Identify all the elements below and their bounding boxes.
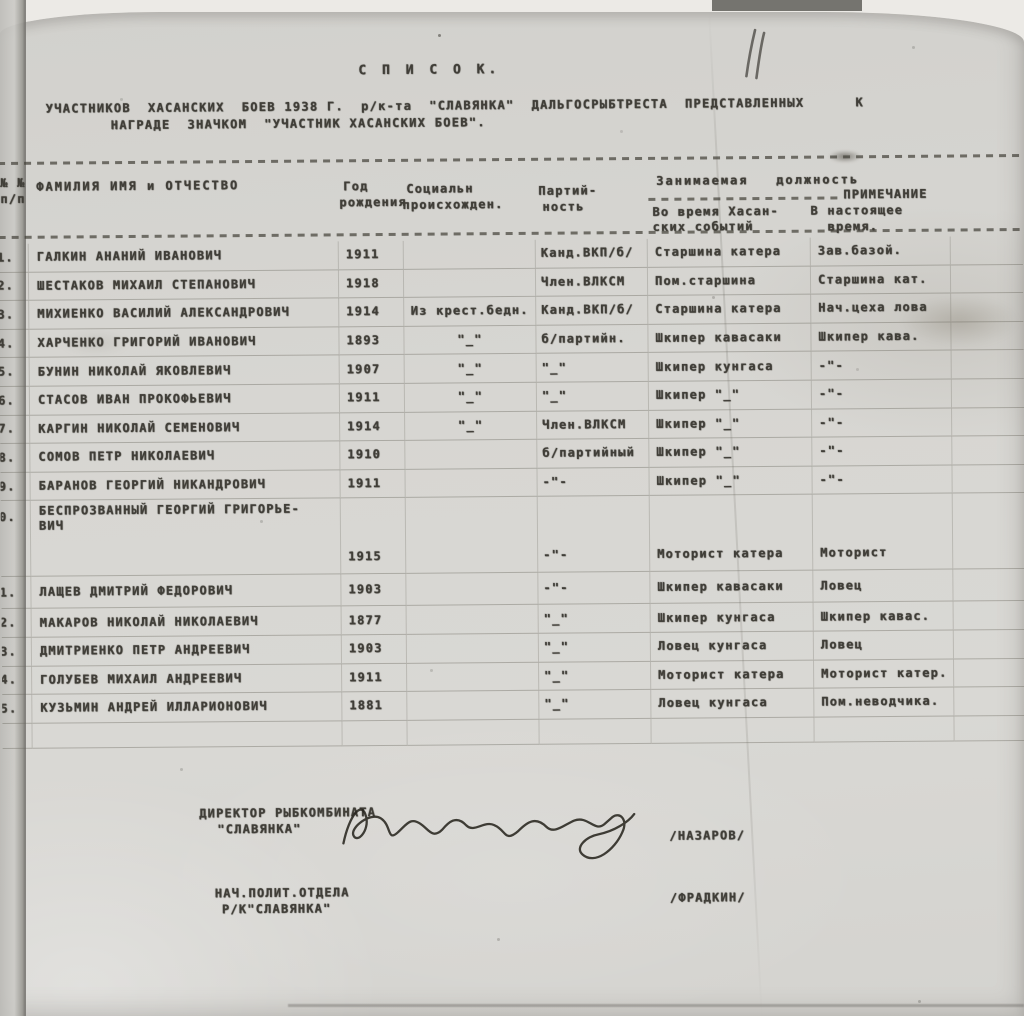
- now-value: -"-: [819, 387, 844, 402]
- header-party-line1: Партий-: [538, 183, 597, 198]
- during-value: Старшина катера: [655, 244, 781, 260]
- now-value: -"-: [819, 444, 844, 459]
- paper-speck: [180, 768, 183, 771]
- cell-party-row-10: -"-: [538, 496, 651, 573]
- document-subtitle-line2: НАГРАДЕ ЗНАЧКОМ "УЧАСТНИК ХАСАНСКИХ БОЕВ…: [111, 115, 486, 133]
- year-value: 1911: [347, 390, 381, 405]
- cell-social-row-1: [404, 240, 536, 270]
- num-value: 3.: [0, 307, 14, 322]
- during-value: Шкипер "_": [656, 445, 740, 461]
- signature2-title-line1: НАЧ.ПОЛИТ.ОТДЕЛА: [215, 885, 350, 901]
- cell-note-row-9: [952, 465, 1024, 494]
- party-value: б/партийн.: [541, 331, 625, 347]
- during-value: Ловец кунгаса: [658, 695, 768, 711]
- cell-now-row-8: -"-: [812, 437, 952, 467]
- cell-social-row-4: "_": [404, 326, 536, 356]
- during-value: Шкипер кунгаса: [658, 610, 776, 626]
- year-value: 1903: [348, 582, 382, 597]
- num-value: 5.: [0, 365, 15, 380]
- num-value: 6.: [0, 393, 15, 408]
- cell-now-row-3: Нач.цеха лова: [811, 294, 951, 324]
- cell-year-row-1: 1911: [339, 241, 404, 270]
- header-social-line2: происхожден.: [402, 197, 503, 213]
- cell-party-row-6: "_": [537, 382, 649, 411]
- year-value: 1877: [349, 613, 383, 628]
- document-content: С П И С О К. УЧАСТНИКОВ ХАСАНСКИХ БОЕВ 1…: [0, 0, 1024, 1016]
- cell-note-row-14: [954, 659, 1024, 688]
- cell-year-row-2: 1918: [339, 269, 404, 298]
- cell-num-row-3: 3.: [0, 301, 29, 330]
- cell-now-row-14: Моторист катер.: [814, 659, 954, 689]
- cell-during-row-14: Моторист катера: [651, 660, 814, 690]
- party-value: "_": [544, 668, 569, 683]
- name-value: СОМОВ ПЕТР НИКОЛАЕВИЧ: [38, 449, 215, 465]
- cell-party-row-4: б/партийн.: [536, 325, 648, 354]
- cell-during-row-4: Шкипер кавасаки: [648, 323, 811, 353]
- cell-num-row-4: 4.: [0, 330, 30, 359]
- during-value: Шкипер кавасаки: [657, 579, 783, 595]
- cell-name-row-2: ШЕСТАКОВ МИХАИЛ СТЕПАНОВИЧ: [29, 270, 339, 301]
- cell-year-row-12: 1877: [342, 606, 407, 635]
- cell-party-row-13: "_": [539, 633, 651, 662]
- now-value: Моторист: [820, 545, 888, 561]
- year-value: 1915: [348, 549, 382, 564]
- cell-party-row-3: Канд.ВКП/б/: [536, 296, 648, 325]
- header-social-line1: Социальн: [406, 181, 474, 197]
- party-value: "_": [542, 389, 567, 404]
- cell-social-row-7: "_": [405, 411, 537, 441]
- cell-year-row-6: 1911: [340, 384, 405, 413]
- cell-name-empty: [32, 721, 342, 748]
- cell-name-row-1: ГАЛКИН АНАНИЙ ИВАНОВИЧ: [29, 241, 339, 272]
- cell-note-row-1: [951, 236, 1023, 265]
- cell-social-row-5: "_": [405, 354, 537, 384]
- document-title: С П И С О К.: [358, 62, 500, 78]
- header-num-line2: п/п: [0, 192, 25, 207]
- cell-num-empty: [2, 723, 32, 748]
- cell-now-row-6: -"-: [812, 380, 952, 410]
- cell-num-row-13: 13.: [2, 638, 32, 667]
- cell-during-row-13: Ловец кунгаса: [651, 632, 814, 662]
- num-value: 2.: [0, 279, 14, 294]
- cell-note-row-7: [952, 408, 1024, 437]
- cell-now-row-2: Старшина кат.: [811, 265, 951, 295]
- cell-party-row-12: "_": [539, 604, 651, 633]
- cell-now-row-5: -"-: [812, 351, 952, 381]
- cell-num-row-14: 14.: [2, 666, 32, 695]
- paper-speck: [908, 700, 911, 703]
- name-value: ГОЛУБЕВ МИХАИЛ АНДРЕЕВИЧ: [40, 671, 242, 688]
- cell-during-row-7: Шкипер "_": [649, 409, 812, 439]
- now-value: -"-: [819, 415, 844, 430]
- num-value: 7.: [0, 422, 15, 437]
- num-value: 8.: [0, 450, 15, 465]
- name-value: ЛАЩЕВ ДМИТРИЙ ФЕДОРОВИЧ: [39, 584, 233, 601]
- now-value: Шкипер кава.: [818, 329, 919, 345]
- now-value: -"-: [820, 472, 845, 487]
- party-value: "_": [542, 360, 567, 375]
- num-value: 11.: [1, 585, 16, 600]
- cell-num-row-12: 12.: [2, 609, 32, 638]
- social-value: "_": [458, 389, 483, 404]
- cell-during-row-15: Ловец кунгаса: [651, 689, 814, 719]
- cell-note-row-13: [954, 630, 1024, 659]
- now-value: Шкипер кавас.: [821, 608, 931, 624]
- cell-social-row-3: Из крест.бедн.: [404, 297, 536, 327]
- cell-party-row-8: б/партийный: [537, 439, 649, 468]
- cell-num-row-5: 5.: [0, 358, 30, 387]
- cell-now-row-7: -"-: [812, 408, 952, 438]
- paper-speck: [712, 296, 715, 299]
- num-value: 13.: [2, 644, 17, 659]
- name-value: ДМИТРИЕНКО ПЕТР АНДРЕЕВИЧ: [40, 642, 251, 659]
- name-value: ХАРЧЕНКО ГРИГОРИЙ ИВАНОВИЧ: [37, 334, 256, 351]
- cell-name-row-6: СТАСОВ ИВАН ПРОКОФЬЕВИЧ: [30, 384, 340, 415]
- now-value: Ловец: [821, 637, 863, 652]
- cell-note-row-15: [954, 687, 1024, 716]
- paper-speck: [497, 938, 500, 941]
- cell-year-row-14: 1911: [342, 663, 407, 692]
- cell-party-row-11: -"-: [538, 572, 650, 605]
- header-party-line2: ность: [542, 199, 584, 214]
- header-year-line2: рождения: [339, 195, 407, 211]
- party-value: "_": [544, 640, 569, 655]
- paper-speck: [620, 130, 623, 133]
- cell-party-row-9: -"-: [537, 468, 649, 497]
- party-value: б/партийный: [542, 445, 635, 461]
- now-value: Моторист катер.: [821, 665, 947, 681]
- party-value: "_": [544, 697, 569, 712]
- during-value: Шкипер "_": [657, 473, 741, 489]
- now-value: -"-: [819, 358, 844, 373]
- cell-now-row-4: Шкипер кава.: [811, 322, 951, 352]
- num-value: 14.: [2, 673, 17, 688]
- now-value: Пом.неводчика.: [821, 694, 939, 710]
- header-num-line1: № №: [0, 176, 25, 191]
- cell-year-row-9: 1911: [340, 470, 405, 499]
- header-note: ПРИМЕЧАНИЕ: [843, 187, 927, 203]
- header-year-line1: Год: [343, 179, 368, 194]
- cell-during-row-2: Пом.старшина: [648, 266, 811, 296]
- cell-now-row-13: Ловец: [814, 630, 954, 660]
- social-value: "_": [458, 361, 483, 376]
- cell-num-row-10: 10.: [1, 501, 32, 577]
- name-value: МИХИЕНКО ВАСИЛИЙ АЛЕКСАНДРОВИЧ: [37, 305, 290, 322]
- cell-now-row-15: Пом.неводчика.: [814, 688, 954, 718]
- year-value: 1903: [349, 641, 383, 656]
- participants-table: 1.ГАЛКИН АНАНИЙ ИВАНОВИЧ1911Канд.ВКП/б/С…: [0, 236, 1024, 749]
- name-value: КАРГИН НИКОЛАЙ СЕМЕНОВИЧ: [38, 420, 240, 437]
- cell-note-row-10: [953, 493, 1024, 570]
- social-value: Из крест.бедн.: [411, 303, 529, 319]
- header-position-group: Занимаемая должность: [656, 172, 859, 189]
- cell-party-row-1: Канд.ВКП/б/: [536, 239, 648, 268]
- scanned-document: С П И С О К. УЧАСТНИКОВ ХАСАНСКИХ БОЕВ 1…: [0, 0, 1024, 1016]
- cell-social-row-14: [407, 662, 539, 692]
- cell-note-row-3: [951, 293, 1023, 322]
- year-value: 1893: [346, 333, 380, 348]
- during-value: Моторист катера: [658, 667, 784, 683]
- cell-name-row-5: БУНИН НИКОЛАЙ ЯКОВЛЕВИЧ: [30, 356, 340, 387]
- year-value: 1881: [349, 698, 383, 713]
- year-value: 1910: [347, 447, 381, 462]
- cell-num-row-7: 7.: [0, 415, 30, 444]
- cell-num-row-1: 1.: [0, 244, 29, 273]
- signature2-name: /ФРАДКИН/: [670, 890, 746, 906]
- cell-name-row-9: БАРАНОВ ГЕОРГИЙ НИКАНДРОВИЧ: [31, 470, 341, 501]
- name-value: БУНИН НИКОЛАЙ ЯКОВЛЕВИЧ: [38, 363, 232, 380]
- cell-social-row-2: [404, 268, 536, 298]
- cell-name-row-3: МИХИЕНКО ВАСИЛИЙ АЛЕКСАНДРОВИЧ: [29, 299, 339, 330]
- cell-year-row-7: 1914: [340, 412, 405, 441]
- paper-speck: [120, 98, 123, 101]
- paper-speck: [912, 46, 915, 49]
- cell-during-row-9: Шкипер "_": [649, 466, 812, 496]
- year-value: 1918: [346, 276, 380, 291]
- name-value: МАКАРОВ НИКОЛАЙ НИКОЛАЕВИЧ: [40, 614, 259, 631]
- during-value: Старшина катера: [655, 301, 781, 317]
- cell-now-row-11: Ловец: [813, 570, 953, 603]
- now-value: Нач.цеха лова: [818, 300, 928, 316]
- cell-during-row-12: Шкипер кунгаса: [651, 603, 814, 633]
- handwritten-page-number-11: [732, 24, 778, 82]
- cell-social-row-8: [405, 440, 537, 470]
- party-value: -"-: [543, 548, 568, 563]
- cell-during-row-3: Старшина катера: [648, 295, 811, 325]
- now-value: Ловец: [820, 579, 862, 594]
- name-value: ШЕСТАКОВ МИХАИЛ СТЕПАНОВИЧ: [37, 277, 256, 294]
- cell-name-row-12: МАКАРОВ НИКОЛАЙ НИКОЛАЕВИЧ: [32, 607, 342, 638]
- cell-during-row-1: Старшина катера: [648, 238, 811, 268]
- during-value: Шкипер "_": [656, 416, 740, 432]
- social-value: "_": [457, 332, 482, 347]
- cell-during-empty: [651, 717, 814, 743]
- cell-num-row-6: 6.: [0, 387, 30, 416]
- name-value: СТАСОВ ИВАН ПРОКОФЬЕВИЧ: [38, 391, 232, 408]
- party-value: Член.ВЛКСМ: [541, 274, 625, 290]
- signature1-title-line2: "СЛАВЯНКА": [217, 822, 301, 838]
- cell-note-row-8: [952, 436, 1024, 465]
- cell-name-row-7: КАРГИН НИКОЛАЙ СЕМЕНОВИЧ: [30, 413, 340, 444]
- during-value: Ловец кунгаса: [658, 638, 768, 654]
- cell-now-row-12: Шкипер кавас.: [814, 602, 954, 632]
- year-value: 1907: [347, 362, 381, 377]
- cell-social-row-6: "_": [405, 383, 537, 413]
- cell-during-row-10: Моторист катера: [650, 495, 814, 572]
- header-name: ФАМИЛИЯ ИМЯ и ОТЧЕСТВО: [36, 178, 239, 195]
- cell-note-row-4: [951, 322, 1023, 351]
- during-value: Шкипер кунгаса: [656, 359, 774, 375]
- cell-name-row-4: ХАРЧЕНКО ГРИГОРИЙ ИВАНОВИЧ: [29, 327, 339, 358]
- num-value: 10.: [1, 510, 16, 525]
- year-value: 1911: [348, 476, 382, 491]
- header-during-line2: ских событий: [653, 219, 754, 235]
- cell-party-empty: [539, 719, 651, 745]
- dashed-rule-position-group: [648, 196, 838, 200]
- name-value: ГАЛКИН АНАНИЙ ИВАНОВИЧ: [37, 249, 222, 265]
- cell-num-row-9: 9.: [1, 473, 31, 502]
- cell-social-row-9: [405, 469, 537, 499]
- cell-year-row-15: 1881: [342, 692, 407, 721]
- cell-note-row-5: [952, 350, 1024, 379]
- cell-during-row-8: Шкипер "_": [649, 438, 812, 468]
- cell-social-row-10: [406, 497, 539, 574]
- party-value: Канд.ВКП/б/: [541, 303, 634, 319]
- cell-name-row-14: ГОЛУБЕВ МИХАИЛ АНДРЕЕВИЧ: [32, 664, 342, 695]
- name-value: БАРАНОВ ГЕОРГИЙ НИКАНДРОВИЧ: [39, 477, 267, 494]
- name-value: КУЗЬМИН АНДРЕЙ ИЛЛАРИОНОВИЧ: [40, 699, 268, 716]
- num-value: 12.: [2, 616, 17, 631]
- cell-name-row-10: БЕСПРОЗВАННЫЙ ГЕОРГИЙ ГРИГОРЬЕ- ВИЧ: [31, 499, 342, 577]
- cell-year-row-13: 1903: [342, 635, 407, 664]
- during-value: Моторист катера: [657, 546, 783, 562]
- cell-now-row-10: Моторист: [813, 494, 954, 571]
- cell-year-row-11: 1903: [341, 574, 406, 607]
- social-value: "_": [458, 418, 483, 433]
- cell-note-row-6: [952, 379, 1024, 408]
- cell-social-row-13: [407, 634, 539, 664]
- document-subtitle-line1: УЧАСТНИКОВ ХАСАНСКИХ БОЕВ 1938 Г. р/к-та…: [46, 95, 864, 116]
- paper-speck: [856, 368, 859, 371]
- cell-during-row-6: Шкипер "_": [649, 381, 812, 411]
- cell-year-row-5: 1907: [340, 355, 405, 384]
- cell-year-empty: [342, 721, 407, 747]
- num-value: 15.: [2, 701, 17, 716]
- signature2-title-line2: Р/К"СЛАВЯНКА": [222, 901, 332, 917]
- cell-year-row-10: 1915: [341, 498, 407, 575]
- cell-note-row-2: [951, 265, 1023, 294]
- cell-party-row-14: "_": [539, 661, 651, 690]
- cell-num-row-15: 15.: [2, 695, 32, 724]
- year-value: 1911: [346, 247, 380, 262]
- cell-note-empty: [954, 716, 1024, 742]
- during-value: Шкипер кавасаки: [655, 330, 781, 346]
- cell-during-row-11: Шкипер кавасаки: [650, 571, 813, 604]
- cell-now-empty: [814, 716, 954, 742]
- cell-party-row-15: "_": [539, 690, 651, 719]
- cell-social-row-11: [406, 573, 538, 606]
- cell-party-row-5: "_": [537, 353, 649, 382]
- cell-during-row-5: Шкипер кунгаса: [649, 352, 812, 382]
- cell-party-row-7: Член.ВЛКСМ: [537, 410, 649, 439]
- cell-name-row-8: СОМОВ ПЕТР НИКОЛАЕВИЧ: [30, 442, 340, 473]
- party-value: -"-: [543, 475, 568, 490]
- party-value: "_": [544, 611, 569, 626]
- cell-social-empty: [407, 720, 539, 746]
- num-value: 1.: [0, 250, 14, 265]
- party-value: Член.ВЛКСМ: [542, 417, 626, 433]
- now-value: Старшина кат.: [818, 272, 928, 288]
- cell-now-row-1: Зав.базой.: [811, 237, 951, 267]
- num-value: 9.: [1, 479, 16, 494]
- cell-note-row-12: [954, 601, 1024, 630]
- header-now-line1: В настоящее: [810, 203, 903, 219]
- cell-name-row-11: ЛАЩЕВ ДМИТРИЙ ФЕДОРОВИЧ: [31, 575, 341, 609]
- cell-party-row-2: Член.ВЛКСМ: [536, 268, 648, 297]
- signature1-name: /НАЗАРОВ/: [669, 828, 745, 844]
- cell-name-row-15: КУЗЬМИН АНДРЕЙ ИЛЛАРИОНОВИЧ: [32, 692, 342, 723]
- year-value: 1914: [347, 419, 381, 434]
- cell-num-row-2: 2.: [0, 272, 29, 301]
- cell-year-row-3: 1914: [339, 298, 404, 327]
- dashed-rule-top: [0, 154, 1022, 165]
- year-value: 1911: [349, 670, 383, 685]
- during-value: Шкипер "_": [656, 387, 740, 403]
- cell-year-row-4: 1893: [339, 327, 404, 356]
- num-value: 4.: [0, 336, 15, 351]
- header-during-line1: Во время Хасан-: [652, 204, 778, 220]
- cell-now-row-9: -"-: [812, 465, 952, 495]
- handwritten-signature: [335, 779, 656, 882]
- cell-name-row-13: ДМИТРИЕНКО ПЕТР АНДРЕЕВИЧ: [32, 635, 342, 666]
- party-value: Канд.ВКП/б/: [541, 245, 634, 261]
- party-value: -"-: [543, 581, 568, 596]
- cell-social-row-15: [407, 691, 539, 721]
- paper-speck: [438, 34, 441, 37]
- header-now-line2: время.: [828, 219, 879, 234]
- cell-year-row-8: 1910: [340, 441, 405, 470]
- cell-num-row-8: 8.: [0, 444, 30, 473]
- cell-social-row-12: [407, 605, 539, 635]
- paper-speck: [918, 1000, 921, 1003]
- name-value: БЕСПРОЗВАННЫЙ ГЕОРГИЙ ГРИГОРЬЕ- ВИЧ: [39, 502, 300, 534]
- now-value: Зав.базой.: [818, 243, 902, 259]
- cell-num-row-11: 11.: [1, 577, 31, 609]
- paper-speck: [260, 520, 263, 523]
- cell-note-row-11: [953, 569, 1024, 602]
- during-value: Пом.старшина: [655, 273, 756, 289]
- paper-speck: [430, 669, 433, 672]
- year-value: 1914: [346, 305, 380, 320]
